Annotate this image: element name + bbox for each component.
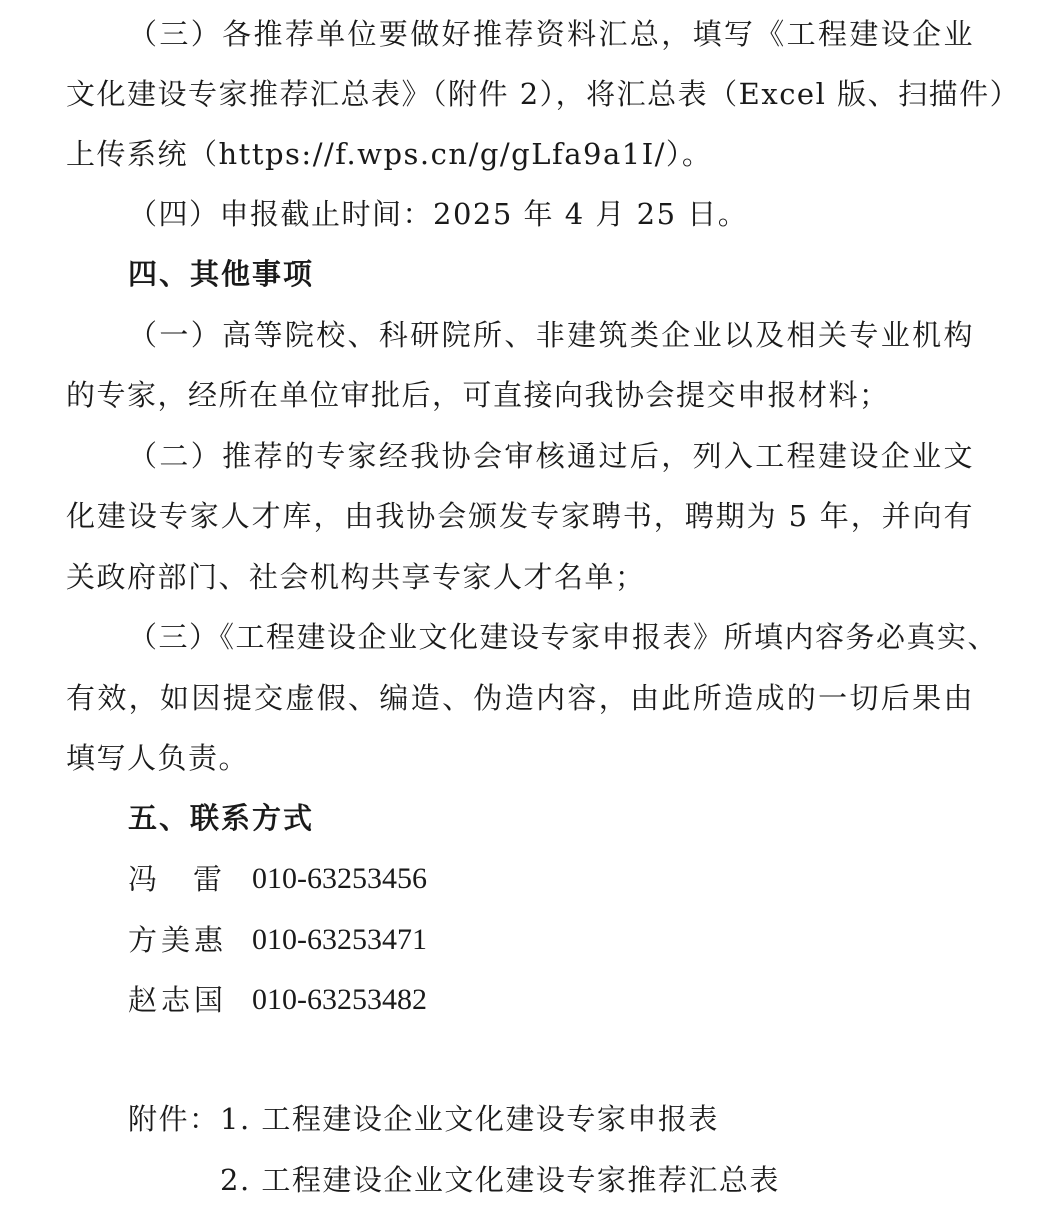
attachment-item: 2. 工程建设企业文化建设专家推荐汇总表 (220, 1160, 780, 1200)
paragraph-line: 填写人负责。 (66, 738, 249, 778)
paragraph-line: 文化建设专家推荐汇总表》（附件 2），将汇总表（Excel 版、扫描件） (66, 74, 974, 114)
contact-name: 方美惠 (128, 920, 227, 960)
deadline-text: （四）申报截止时间：2025 年 4 月 25 日。 (128, 194, 748, 234)
contact-phone: 010-63253471 (252, 920, 427, 960)
paragraph-line: （三）《工程建设企业文化建设专家申报表》所填内容务必真实、 (128, 617, 974, 657)
paragraph-line-with-link[interactable]: 上传系统（https://f.wps.cn/g/gLfa9a1I/）。 (66, 134, 712, 174)
contact-phone: 010-63253456 (252, 859, 427, 899)
paragraph-line: 有效，如因提交虚假、编造、伪造内容，由此所造成的一切后果由 (66, 678, 974, 718)
attachments-label: 附件： (128, 1099, 220, 1139)
paragraph-line: 的专家，经所在单位审批后，可直接向我协会提交申报材料； (66, 375, 890, 415)
contact-phone: 010-63253482 (252, 980, 427, 1020)
paragraph-line: （三）各推荐单位要做好推荐资料汇总，填写《工程建设企业 (128, 14, 974, 54)
paragraph-line: 化建设专家人才库，由我协会颁发专家聘书，聘期为 5 年，并向有 (66, 496, 974, 536)
paragraph-line: 关政府部门、社会机构共享专家人才名单； (66, 557, 646, 597)
contact-name: 赵志国 (128, 980, 227, 1020)
section-heading-other-matters: 四、其他事项 (128, 254, 314, 294)
paragraph-line: （一）高等院校、科研院所、非建筑类企业以及相关专业机构 (128, 315, 974, 355)
contact-name: 冯雷 (128, 859, 258, 899)
paragraph-line: （二）推荐的专家经我协会审核通过后，列入工程建设企业文 (128, 436, 974, 476)
attachment-item: 1. 工程建设企业文化建设专家申报表 (220, 1099, 719, 1139)
section-heading-contact: 五、联系方式 (128, 798, 314, 838)
